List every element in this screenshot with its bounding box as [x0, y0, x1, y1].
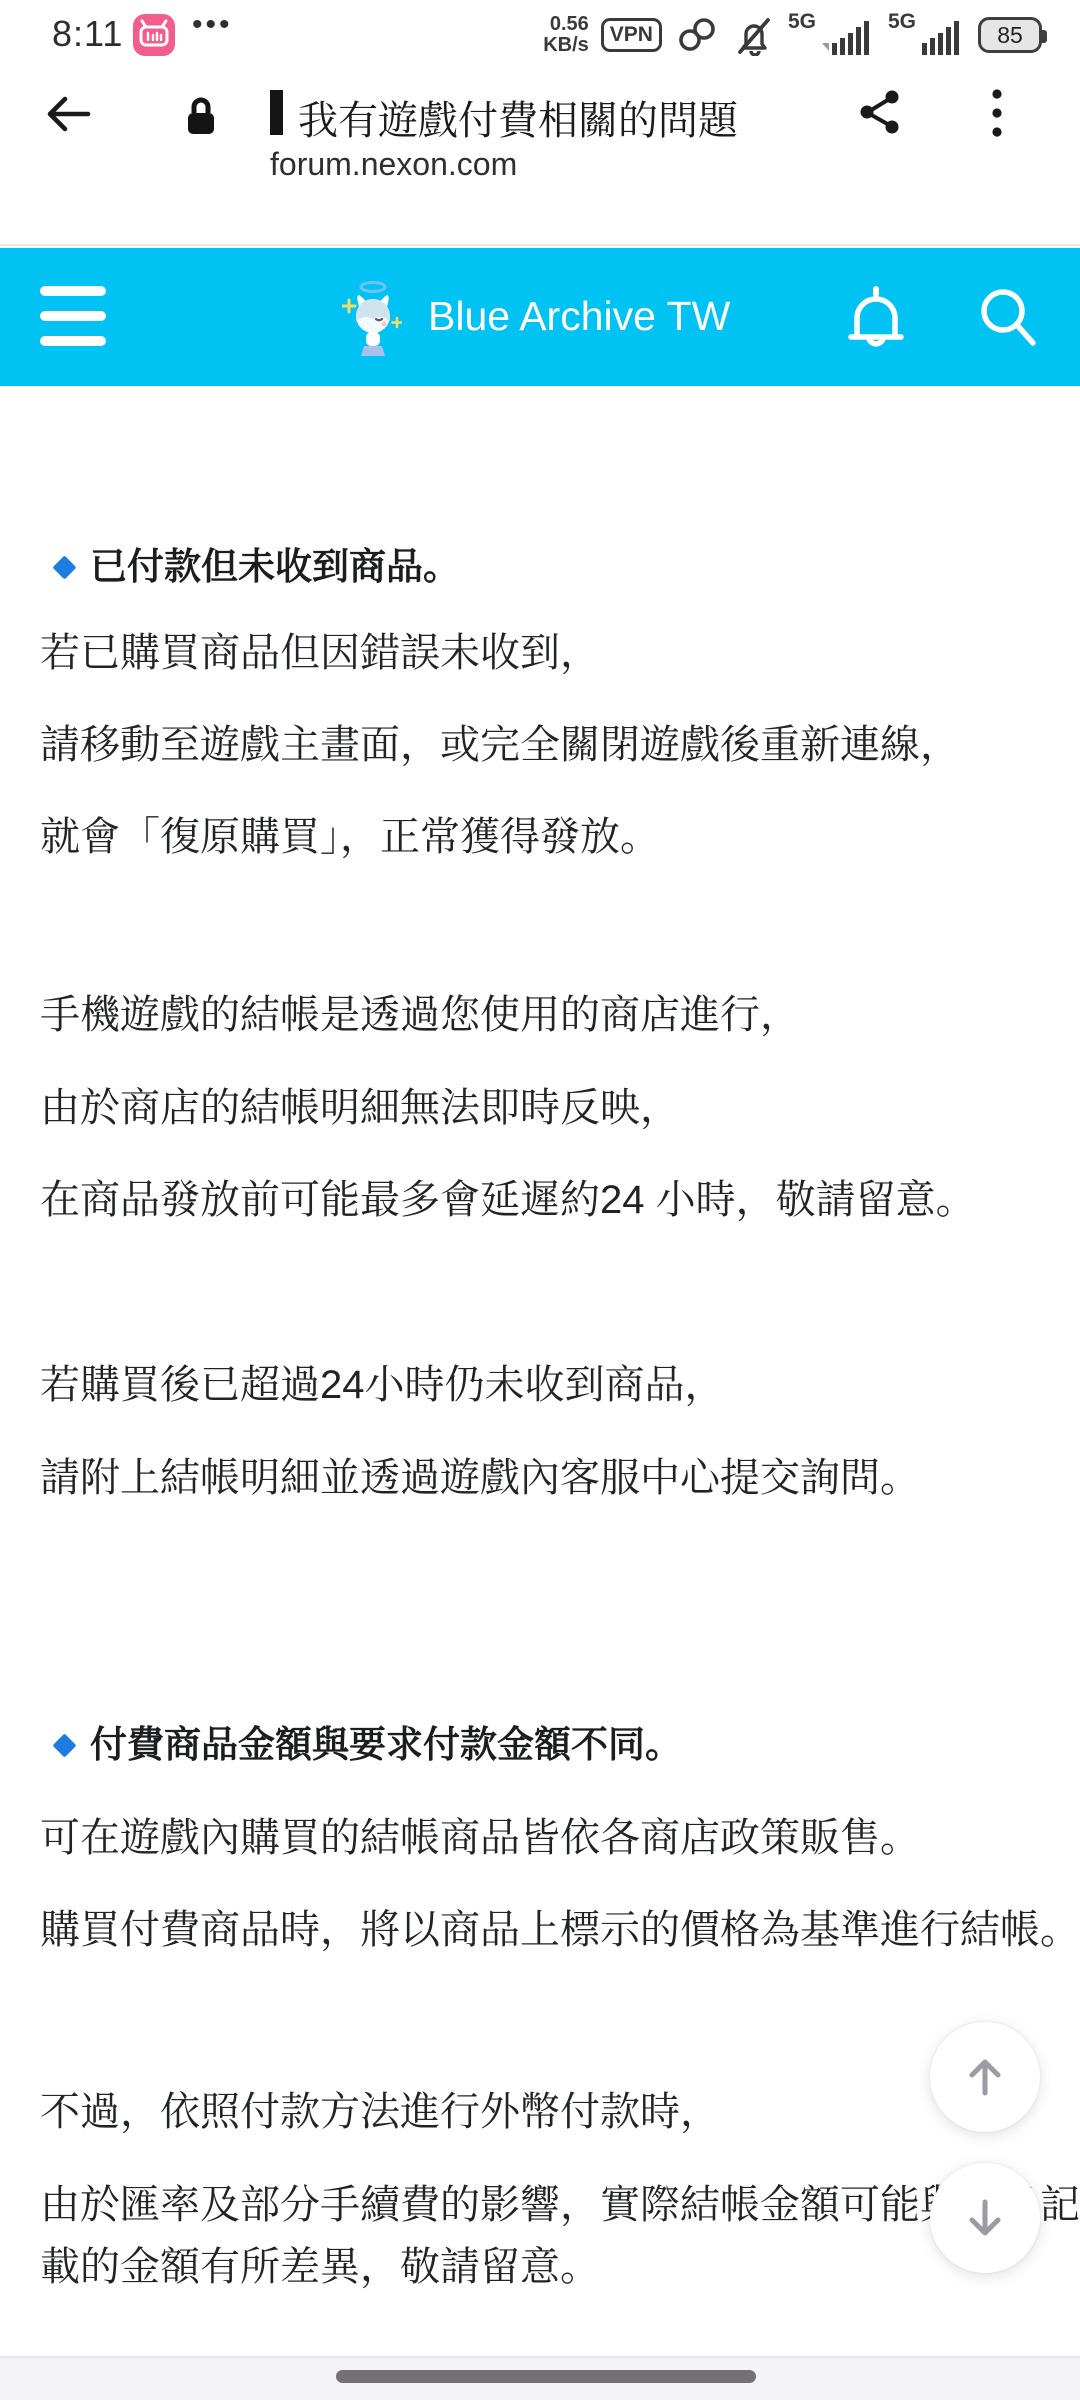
paragraph: 若已購買商品但因錯誤未收到，: [40, 622, 600, 684]
overflow-menu-button[interactable]: [988, 86, 1006, 147]
battery-icon: 85: [978, 17, 1042, 53]
signal-bars-icon-2: 5G: [888, 13, 966, 57]
screen: 8:11 ••• 0.56 KB/s VPN: [0, 0, 1080, 2400]
search-button[interactable]: [975, 283, 1043, 358]
paragraph: 若購買後已超過24小時仍未收到商品，: [40, 1354, 725, 1416]
section-heading: 付費商品金額與要求付款金額不同。: [56, 1714, 682, 1776]
section-heading: 已付款但未收到商品。: [56, 536, 460, 598]
paragraph: 請附上結帳明細並透過遊戲內客服中心提交詢問。: [40, 1447, 920, 1509]
paragraph: 由於匯率及部分手續費的影響，實際結帳金額可能與商品記: [40, 2174, 1080, 2236]
notifications-muted-icon: [732, 14, 776, 56]
paragraph: 不過，依照付款方法進行外幣付款時，: [40, 2081, 720, 2143]
scroll-to-top-button[interactable]: [930, 2022, 1040, 2132]
system-navigation-bar: [0, 2356, 1080, 2400]
signal-bars-icon-1: 5G: [788, 13, 876, 57]
share-button[interactable]: [858, 88, 904, 139]
back-button[interactable]: [42, 88, 94, 145]
paragraph: 請移動至遊戲主畫面，或完全關閉遊戲後重新連線，: [40, 714, 960, 776]
status-bar: 8:11 ••• 0.56 KB/s VPN: [0, 0, 1080, 70]
paragraph: 在商品發放前可能最多會延遲約24 小時，敬請留意。: [40, 1169, 976, 1231]
vpn-badge: VPN: [601, 18, 662, 52]
scroll-to-bottom-button[interactable]: [930, 2163, 1040, 2273]
page-url[interactable]: forum.nexon.com: [270, 146, 517, 183]
link-icon: [674, 14, 720, 56]
paragraph: 手機遊戲的結帳是透過您使用的商店進行，: [40, 984, 800, 1046]
page-title: 我有遊戲付費相關的問題: [298, 89, 738, 146]
article-body: 已付款但未收到商品。 若已購買商品但因錯誤未收到， 請移動至遊戲主畫面，或完全關…: [0, 386, 1080, 2355]
bilibili-app-icon: [133, 14, 175, 56]
paragraph: 可在遊戲內購買的結帳商品皆依各商店政策販售。: [40, 1807, 920, 1869]
forum-header: Blue Archive TW: [0, 248, 1080, 386]
arona-mascot-icon[interactable]: [342, 276, 402, 369]
paragraph: 就會「復原購買」，正常獲得發放。: [40, 806, 660, 868]
lock-icon[interactable]: [183, 94, 219, 143]
notification-dots: •••: [192, 8, 233, 42]
diamond-bullet-icon: [52, 1733, 76, 1757]
title-prefix-bar: [270, 90, 283, 135]
clock: 8:11: [52, 13, 123, 55]
diamond-bullet-icon: [52, 555, 76, 579]
forum-title[interactable]: Blue Archive TW: [428, 293, 730, 340]
browser-toolbar: 我有遊戲付費相關的問題 forum.nexon.com: [0, 70, 1080, 246]
paragraph: 購買付費商品時，將以商品上標示的價格為基準進行結帳。: [40, 1899, 1080, 1961]
gesture-handle[interactable]: [336, 2370, 756, 2383]
hamburger-menu-button[interactable]: [40, 286, 106, 346]
paragraph: 載的金額有所差異，敬請留意。: [40, 2236, 600, 2298]
paragraph: 由於商店的結帳明細無法即時反映，: [40, 1077, 680, 1139]
notification-bell-button[interactable]: [843, 281, 909, 360]
status-icons-group: 0.56 KB/s VPN 5G: [543, 0, 1042, 70]
network-speed: 0.56 KB/s: [543, 14, 589, 56]
